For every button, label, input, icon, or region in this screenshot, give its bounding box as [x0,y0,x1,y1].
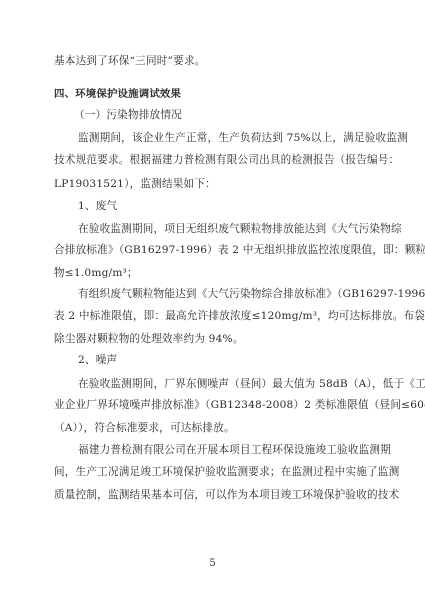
paragraph-line: 有组织废气颗粒物能达到《大气污染物综合排放标准》（GB16297-1996） [78,287,425,301]
paragraph-line: 业企业厂界环境噪声排放标准》（GB12348-2008）2 类标准限值（昼间≤6… [54,398,425,412]
item-heading: 2、噪声 [78,353,117,367]
section-heading: 四、环境保护设施调试效果 [54,87,181,101]
paragraph-line: 合排放标准》（GB16297-1996）表 2 中无组织排放监控浓度限值，即：颗… [54,243,425,257]
item-heading: 1、废气 [78,199,117,213]
paragraph-line: 除尘器对颗粒物的处理效率约为 94%。 [54,332,244,346]
paragraph-line: （A）），符合标准要求，可达标排放。 [54,421,235,435]
paragraph-line: 基本达到了环保“三同时”要求。 [54,54,206,68]
paragraph-line: 间，生产工况满足竣工环境保护验收监测要求；在监测过程中实施了监测 [54,465,399,479]
paragraph-line: 物≤1.0mg/m³； [54,266,138,280]
paragraph-line: 技术规范要求。根据福建力普检测有限公司出具的检测报告（报告编号： [54,153,399,167]
paragraph-line: 在验收监测期间，厂界东侧噪声（昼间）最大值为 58dB（A），低于《工 [78,377,425,391]
page-number: 5 [0,558,425,569]
paragraph-line: 质量控制，监测结果基本可信，可以作为本项目竣工环境保护验收的技术 [54,488,399,502]
paragraph-line: 监测期间，该企业生产正常，生产负荷达到 75%以上，满足验收监测 [78,131,408,145]
subsection-heading: （一）污染物排放情况 [74,108,182,122]
paragraph-line: LP19031521），监测结果如下： [54,177,216,191]
paragraph-line: 在验收监测期间，项目无组织废气颗粒物排放能达到《大气污染物综 [78,222,402,236]
paragraph-line: 表 2 中标准限值，即：最高允许排放浓度≤120mg/m³，均可达标排放。布袋 [54,309,425,323]
paragraph-line: 福建力普检测有限公司在开展本项目工程环保设施竣工验收监测期 [78,443,391,457]
